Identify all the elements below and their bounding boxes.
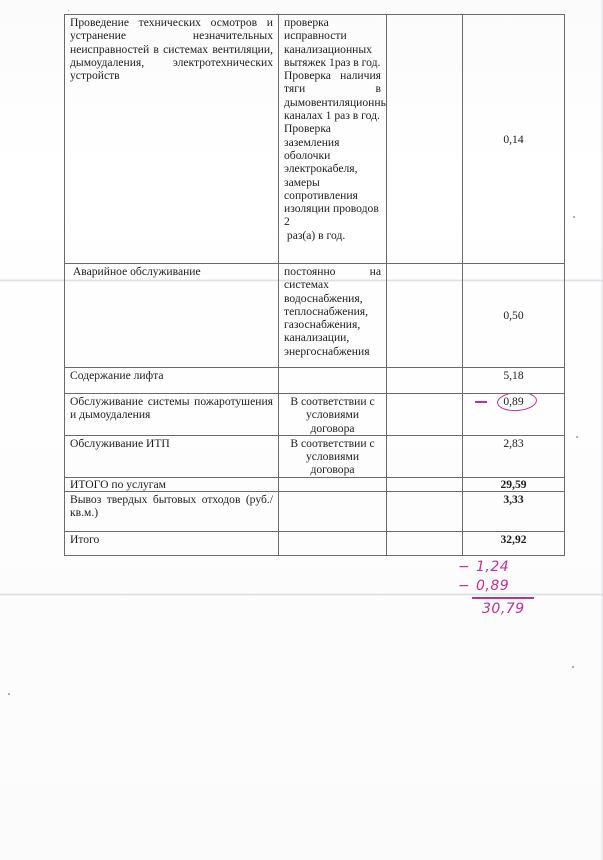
table-row: Обслуживание ИТП В соответствии с услови…: [65, 435, 565, 477]
service-name-cell: Вывоз твердых бытовых отходов (руб./кв.м…: [65, 491, 279, 531]
service-name-cell: Итого: [65, 531, 279, 555]
rate-cell: 0,89: [463, 394, 565, 436]
table-row: Содержание лифта 5,18: [65, 368, 565, 394]
frequency-cell: [279, 531, 387, 555]
paper-speck: [576, 436, 578, 438]
handwritten-subtraction-line: −0,89: [458, 577, 548, 596]
extra-cell: [387, 491, 463, 531]
service-name-cell: Обслуживание ИТП: [65, 435, 279, 477]
handwritten-minus: −: [458, 558, 470, 577]
extra-cell: [387, 264, 463, 368]
service-name-cell: ИТОГО по услугам: [65, 477, 279, 491]
frequency-cell: постоянно на системах водоснабжения, теп…: [279, 264, 387, 368]
handwritten-minus: −: [458, 577, 470, 596]
rate-cell: 0,14: [463, 15, 565, 264]
handwritten-result: 30,79: [458, 600, 548, 619]
extra-cell: [387, 477, 463, 491]
paper-speck: [572, 666, 574, 668]
paper-speck: [8, 693, 10, 695]
rate-cell: 32,92: [463, 531, 565, 555]
extra-cell: [387, 435, 463, 477]
rate-cell: 0,50: [463, 264, 565, 368]
rate-cell: 29,59: [463, 477, 565, 491]
frequency-text-line: проверка исправности канализационных выт…: [284, 16, 381, 69]
rate-cell: 5,18: [463, 368, 565, 394]
extra-cell: [387, 368, 463, 394]
services-rate-table: Проведение технических осмотров и устран…: [64, 14, 565, 556]
frequency-text-line: Проверка заземления оболочки электрокабе…: [284, 122, 381, 228]
handwritten-sum-rule: [472, 597, 534, 599]
handwritten-minus-mark: [475, 401, 487, 403]
handwritten-circle-mark: [497, 394, 538, 413]
handwritten-subtraction-line: −1,24: [458, 558, 548, 577]
paper-speck: [573, 216, 575, 218]
paper-speck: [68, 10, 69, 11]
extra-cell: [387, 531, 463, 555]
table-row: Вывоз твердых бытовых отходов (руб./кв.м…: [65, 491, 565, 531]
frequency-cell: В соответствии с условиями договора: [279, 394, 387, 436]
service-name-cell: Аварийное обслуживание: [65, 264, 279, 368]
handwritten-value: 0,89: [476, 578, 509, 594]
extra-cell: [387, 15, 463, 264]
extra-cell: [387, 394, 463, 436]
table-row: Аварийное обслуживание постоянно на сист…: [65, 264, 565, 368]
service-name-cell: Обслуживание системы пожаротушения и дым…: [65, 394, 279, 436]
circled-rate: 0,89: [503, 395, 523, 408]
frequency-cell: [279, 368, 387, 394]
handwritten-calculation: −1,24 −0,89 30,79: [458, 558, 548, 619]
rate-cell: 2,83: [463, 435, 565, 477]
frequency-text-line: Проверка наличия тяги в дымовентиляционн…: [284, 69, 381, 122]
table-row: ИТОГО по услугам 29,59: [65, 477, 565, 491]
service-name-cell: Проведение технических осмотров и устран…: [65, 15, 279, 264]
table-row: Итого 32,92: [65, 531, 565, 555]
frequency-cell: [279, 491, 387, 531]
table-row: Проведение технических осмотров и устран…: [65, 15, 565, 264]
frequency-text-line: раз(а) в год.: [284, 229, 381, 242]
rate-cell: 3,33: [463, 491, 565, 531]
frequency-cell: проверка исправности канализационных выт…: [279, 15, 387, 264]
table-row: Обслуживание системы пожаротушения и дым…: [65, 394, 565, 436]
handwritten-value: 1,24: [476, 559, 509, 575]
service-name-cell: Содержание лифта: [65, 368, 279, 394]
frequency-cell: [279, 477, 387, 491]
frequency-cell: В соответствии с условиями договора: [279, 435, 387, 477]
